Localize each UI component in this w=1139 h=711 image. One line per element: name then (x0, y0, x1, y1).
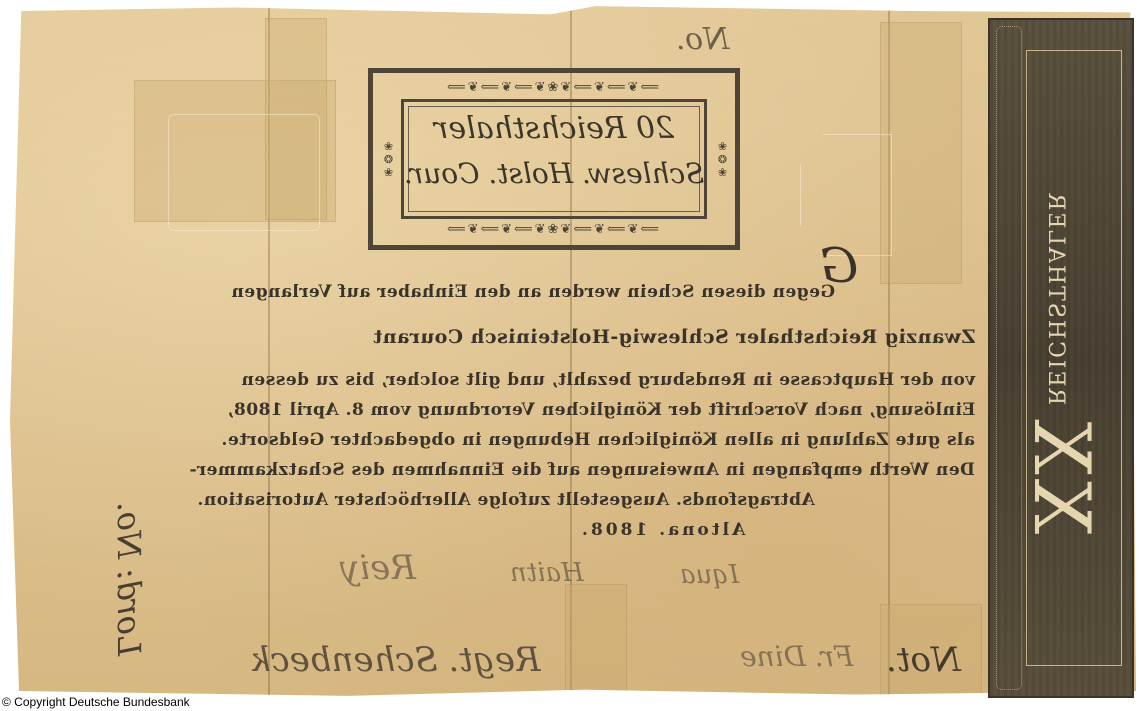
signature: Reiy (340, 548, 416, 588)
signature: Iqua (680, 560, 739, 590)
text-line: Gegen diesen Schein werden an den Einhab… (120, 282, 975, 302)
side-panel-text: XXREICHSTHALER (1016, 182, 1106, 534)
text-line: Den Werth empfangen in Anweisungen auf d… (120, 460, 975, 480)
text-line-amount: Zwanzig Reichsthaler Schleswig-Holsteini… (120, 326, 975, 348)
signature: Regt. Schenbeck (250, 640, 541, 680)
denomination-line-2: Schlesw. Holst. Cour. (373, 157, 735, 190)
embossed-seal (168, 114, 320, 231)
signature: Haitn (510, 558, 584, 588)
text-line: Einlösung, nach Vorschrift der Königlich… (120, 400, 975, 420)
text-line: Abtragsfonds. Ausgestellt zufolge Allerh… (120, 490, 975, 510)
denomination-line-1: 20 Reichsthaler (373, 111, 735, 146)
text-line: als gute Zahlung in allen Königlichen He… (120, 430, 975, 450)
denomination-box: ⟸❦⟸❦⟸❦❀❦⟸❦⟸❦⟸ ⟸❦⟸❦⟸❦❀❦⟸❦⟸❦⟸ ❀❂❀ ❀❂❀ 20 R… (368, 68, 740, 250)
copyright-caption: © Copyright Deutsche Bundesbank (2, 695, 190, 709)
signature: Not. (886, 640, 961, 680)
handwritten-number: No. (676, 22, 729, 57)
signature: Fr. Dine (740, 640, 854, 673)
tape-repair (880, 22, 962, 284)
side-denomination-panel: XXREICHSTHALER (988, 18, 1134, 698)
tape-repair (565, 584, 627, 698)
ornament-border-top: ⟸❦⟸❦⟸❦❀❦⟸❦⟸❦⟸ (403, 81, 705, 95)
text-line-place-date: Altona. 1808. (120, 520, 975, 540)
signature-vertical: Lord: No. (110, 502, 148, 656)
ornament-border-bottom: ⟸❦⟸❦⟸❦❀❦⟸❦⟸❦⟸ (403, 223, 705, 237)
text-line: von der Hauptcasse in Rendsburg bezahlt,… (120, 370, 975, 390)
